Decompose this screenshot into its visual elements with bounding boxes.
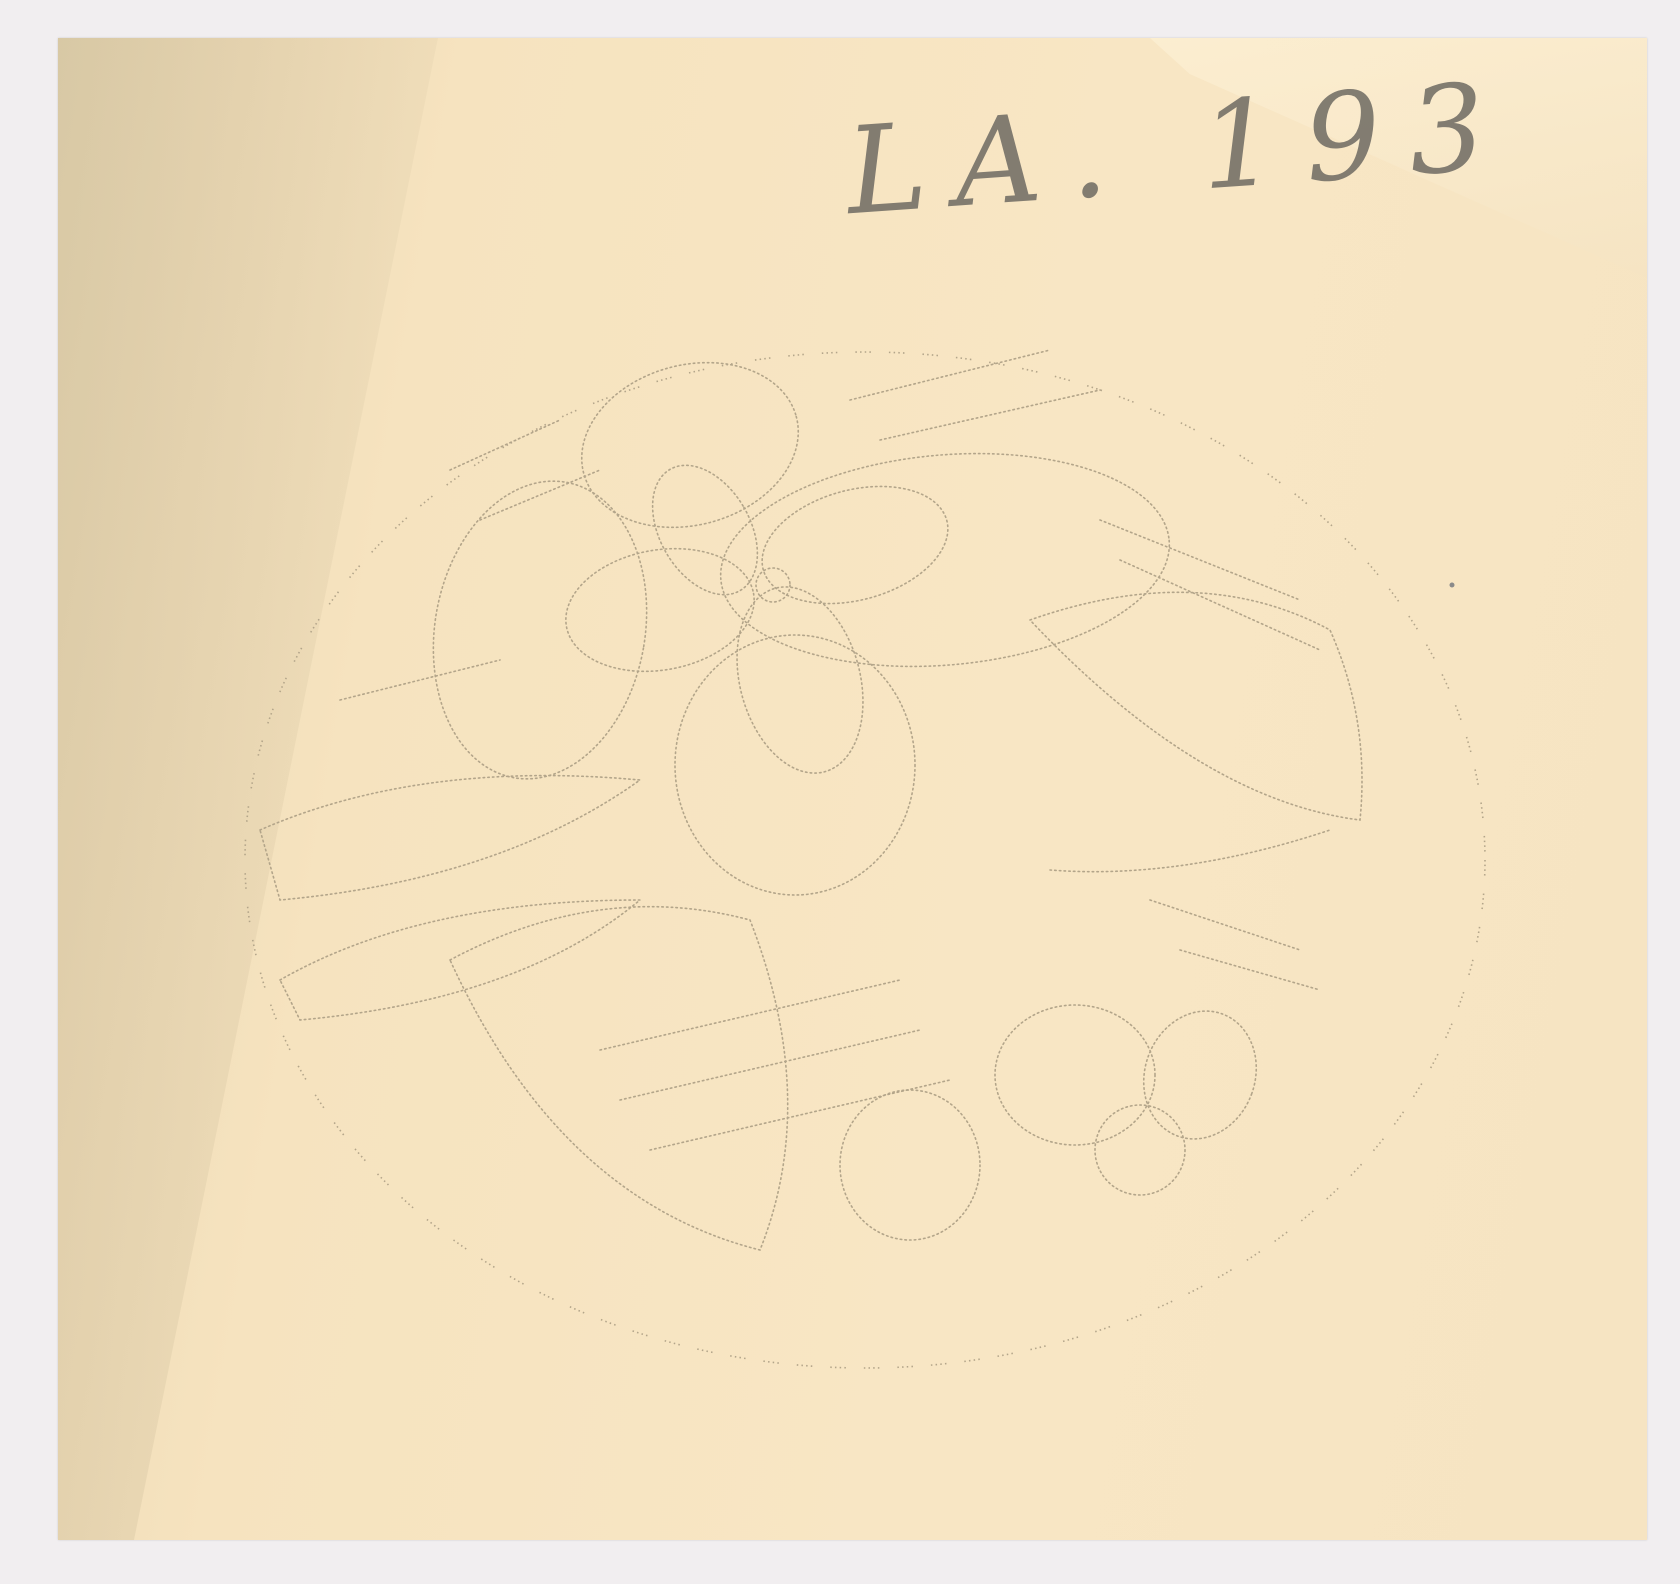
oval-large-center-right <box>712 436 1179 684</box>
oval-small-bottom <box>995 1005 1155 1145</box>
flower-petal <box>717 573 882 788</box>
oval-lower-center <box>675 635 915 895</box>
hatching-lines <box>340 350 1320 1150</box>
oval-left <box>411 464 670 796</box>
oval-small-bottom <box>840 1090 980 1240</box>
flower-petal <box>749 467 961 622</box>
circle-small-bottom <box>1095 1105 1185 1195</box>
outer-border-circle <box>245 352 1485 1368</box>
leaf-bottom <box>450 907 788 1250</box>
oval-top-left <box>563 339 817 550</box>
leaf-right <box>1030 592 1362 820</box>
leaf-vein <box>1050 830 1330 872</box>
leaf-left <box>260 776 640 900</box>
oval-small-bottom-right <box>1126 995 1274 1155</box>
lace-pattern-drawing <box>0 0 1680 1584</box>
paper-speck <box>1450 583 1455 588</box>
leaf-left-lower <box>280 900 640 1020</box>
flower-petal <box>631 447 779 613</box>
flower-petal <box>556 534 764 685</box>
